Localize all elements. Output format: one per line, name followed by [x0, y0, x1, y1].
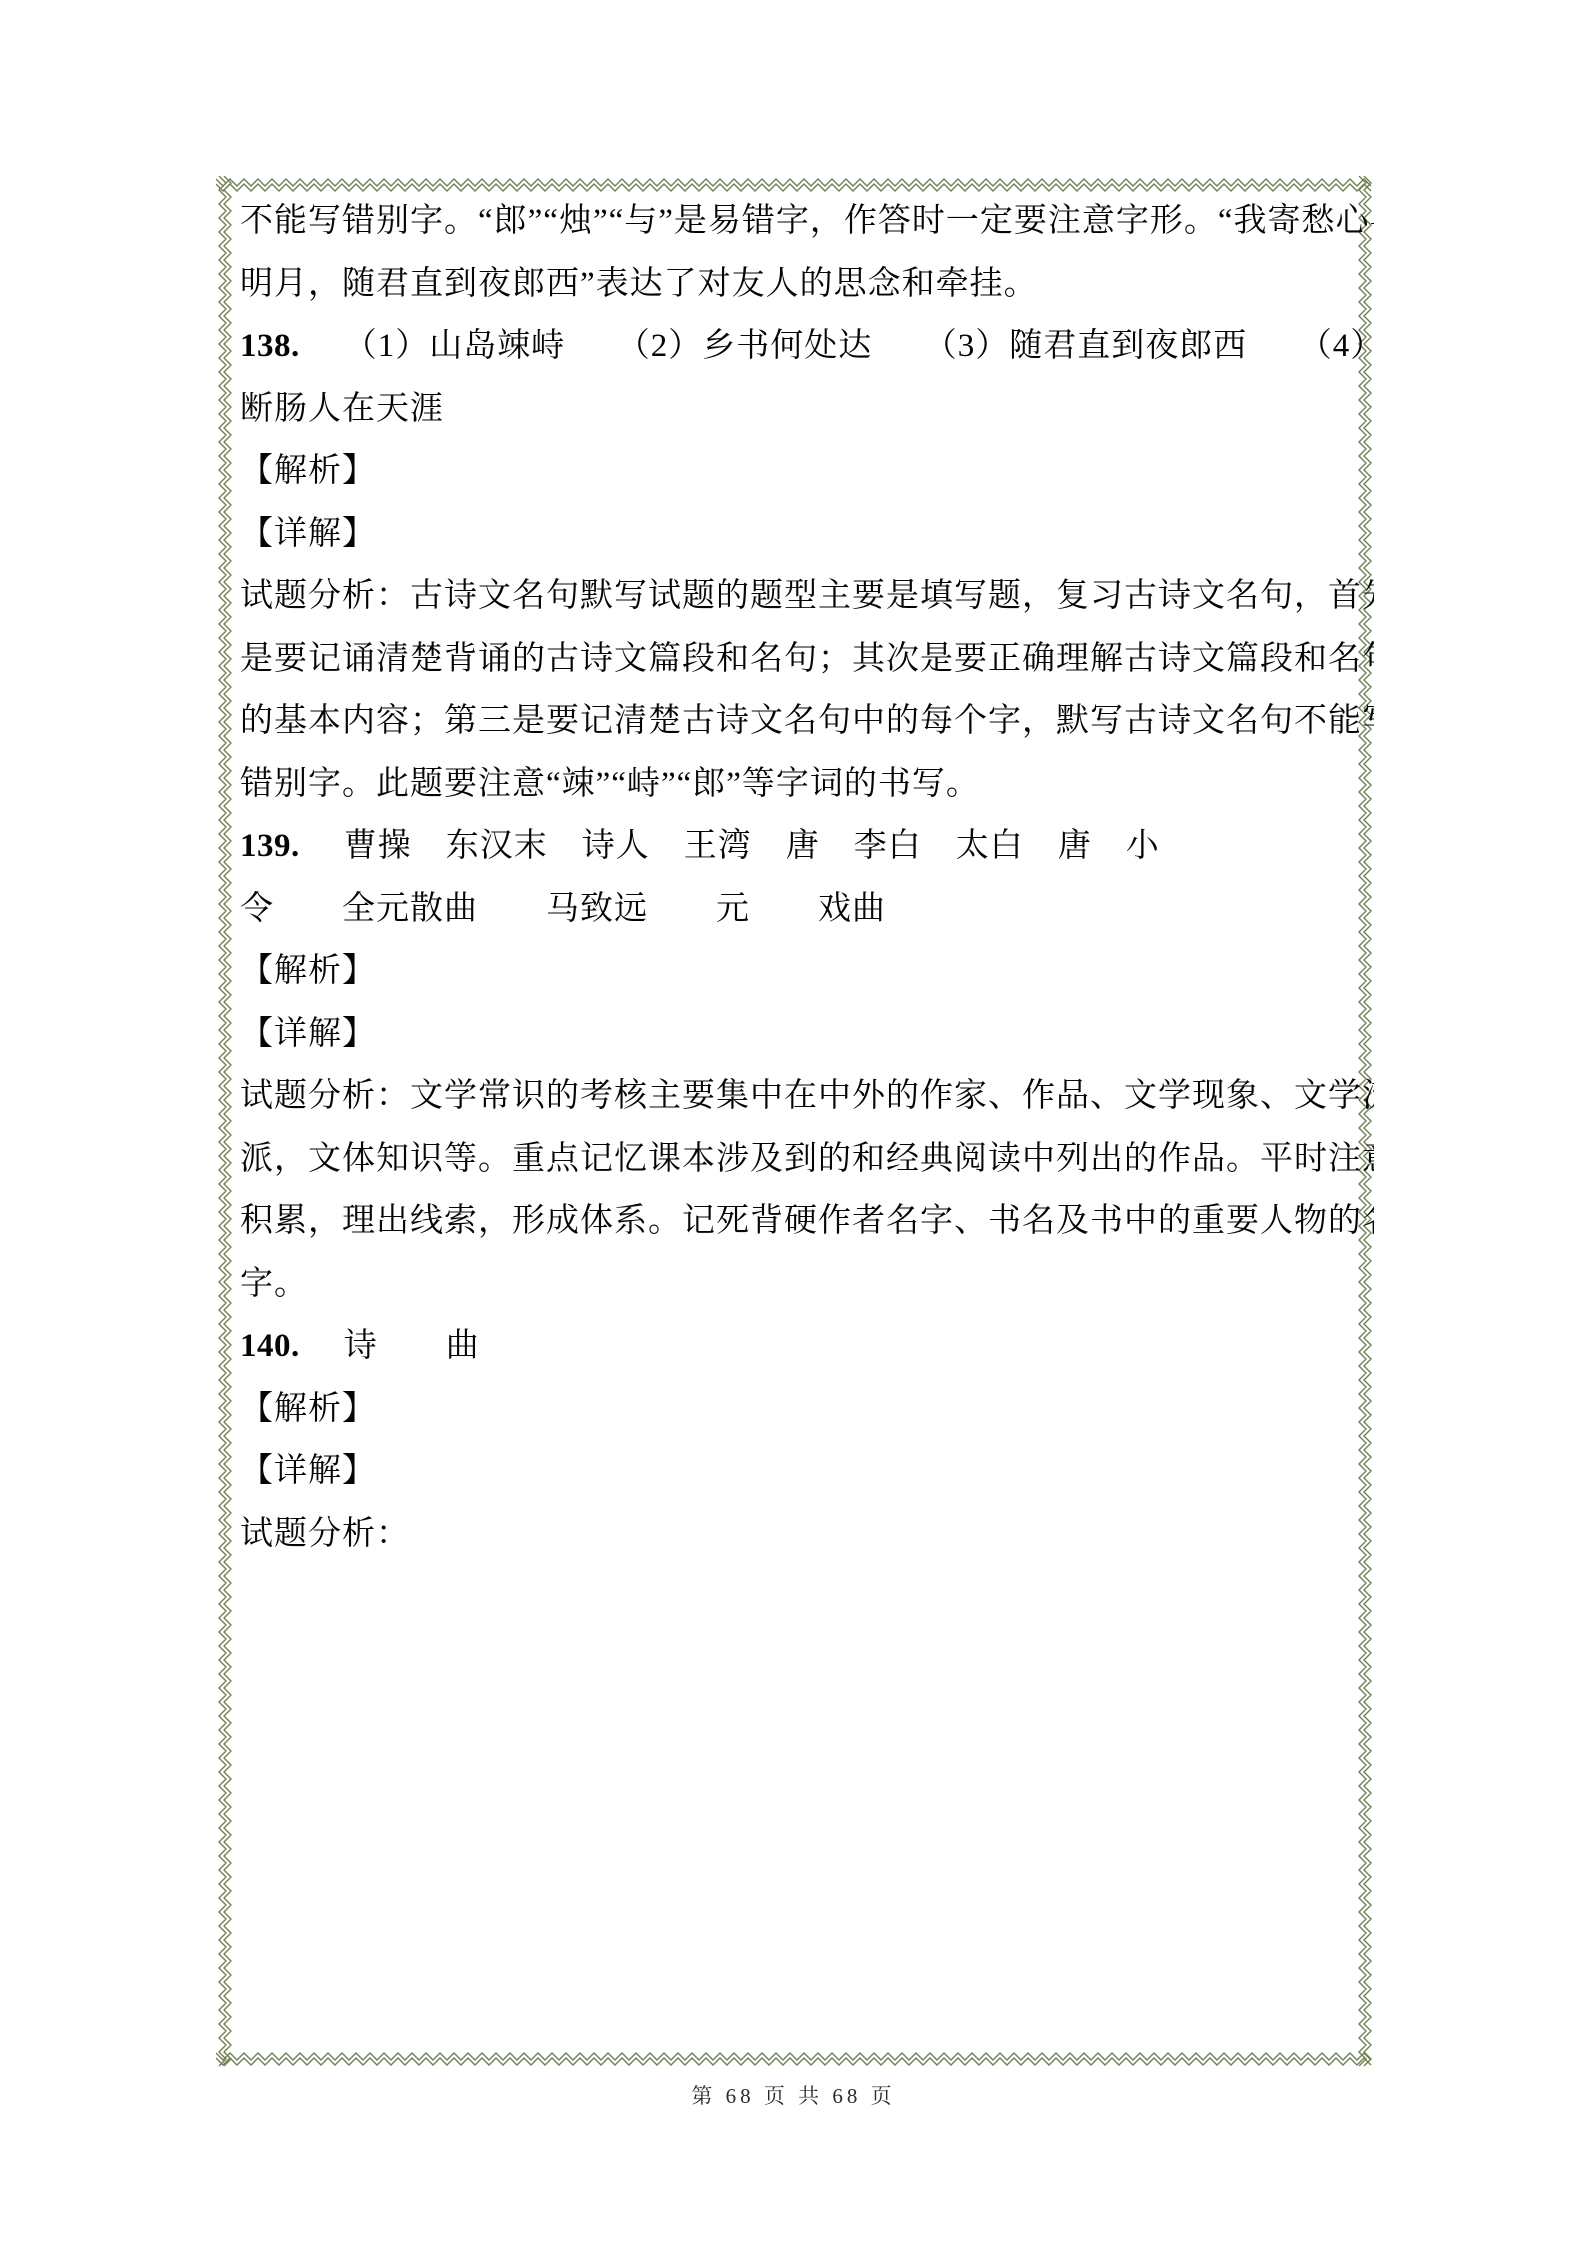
text-line-analysis-label: 【解析】	[240, 940, 1362, 1003]
line-text: 【解析】	[240, 953, 376, 989]
line-text: 派，文体知识等。重点记忆课本涉及到的和经典阅读中列出的作品。平时注意	[240, 1141, 1374, 1177]
text-line-answer-139: 139.曹操 东汉末 诗人 王湾 唐 李白 太白 唐 小	[240, 815, 1362, 878]
text-line: 派，文体知识等。重点记忆课本涉及到的和经典阅读中列出的作品。平时注意	[240, 1128, 1362, 1191]
text-line-detail-label: 【详解】	[240, 1003, 1362, 1066]
line-text: 【详解】	[240, 516, 376, 552]
question-number: 138.	[240, 328, 300, 364]
text-line-answer-140: 140.诗 曲	[240, 1315, 1362, 1378]
document-page: { "page": { "footer": "第 68 页 共 68 页", "…	[0, 0, 1587, 2245]
page-footer: 第 68 页 共 68 页	[0, 2080, 1587, 2110]
line-text: 【详解】	[240, 1016, 376, 1052]
text-line: 字。	[240, 1253, 1362, 1316]
line-text: 是要记诵清楚背诵的古诗文篇段和名句；其次是要正确理解古诗文篇段和名句	[240, 641, 1374, 677]
text-line: 明月，随君直到夜郎西”表达了对友人的思念和牵挂。	[240, 253, 1362, 316]
line-text: 断肠人在天涯	[240, 391, 444, 427]
text-line-detail-label: 【详解】	[240, 503, 1362, 566]
text-line: 不能写错别字。“郎”“烛”“与”是易错字，作答时一定要注意字形。“我寄愁心与	[240, 190, 1362, 253]
text-line-analysis-label: 【解析】	[240, 1378, 1362, 1441]
text-line: 的基本内容；第三是要记清楚古诗文名句中的每个字，默写古诗文名句不能写	[240, 690, 1362, 753]
question-number: 139.	[240, 828, 300, 864]
text-line: 试题分析：	[240, 1503, 1362, 1566]
line-text: 试题分析：文学常识的考核主要集中在中外的作家、作品、文学现象、文学流	[240, 1078, 1374, 1114]
text-line: 积累，理出线索，形成体系。记死背硬作者名字、书名及书中的重要人物的名	[240, 1190, 1362, 1253]
text-line: 令 全元散曲 马致远 元 戏曲	[240, 878, 1362, 941]
text-line: 错别字。此题要注意“竦”“峙”“郎”等字词的书写。	[240, 753, 1362, 816]
line-text: 字。	[240, 1266, 308, 1302]
document-text-area: 不能写错别字。“郎”“烛”“与”是易错字，作答时一定要注意字形。“我寄愁心与 明…	[216, 176, 1374, 2068]
text-line: 试题分析：古诗文名句默写试题的题型主要是填写题，复习古诗文名句，首先	[240, 565, 1362, 628]
line-text: 曹操 东汉末 诗人 王湾 唐 李白 太白 唐 小	[344, 828, 1160, 864]
line-text: 【解析】	[240, 1391, 376, 1427]
line-text: 不能写错别字。“郎”“烛”“与”是易错字，作答时一定要注意字形。“我寄愁心与	[240, 203, 1374, 239]
line-text: 【解析】	[240, 453, 376, 489]
text-line-analysis-label: 【解析】	[240, 440, 1362, 503]
line-text: 积累，理出线索，形成体系。记死背硬作者名字、书名及书中的重要人物的名	[240, 1203, 1374, 1239]
line-text: 错别字。此题要注意“竦”“峙”“郎”等字词的书写。	[240, 766, 980, 802]
line-text: 【详解】	[240, 1453, 376, 1489]
line-text: 试题分析：	[240, 1516, 410, 1552]
line-text: 试题分析：古诗文名句默写试题的题型主要是填写题，复习古诗文名句，首先	[240, 578, 1374, 614]
text-line: 断肠人在天涯	[240, 378, 1362, 441]
question-number: 140.	[240, 1328, 300, 1364]
line-text: （1）山岛竦峙 （2）乡书何处达 （3）随君直到夜郎西 （4）	[344, 328, 1374, 364]
text-line-detail-label: 【详解】	[240, 1440, 1362, 1503]
line-text: 诗 曲	[344, 1328, 480, 1364]
line-text: 的基本内容；第三是要记清楚古诗文名句中的每个字，默写古诗文名句不能写	[240, 703, 1374, 739]
text-line: 是要记诵清楚背诵的古诗文篇段和名句；其次是要正确理解古诗文篇段和名句	[240, 628, 1362, 691]
text-line-answer-138: 138.（1）山岛竦峙 （2）乡书何处达 （3）随君直到夜郎西 （4）	[240, 315, 1362, 378]
line-text: 令 全元散曲 马致远 元 戏曲	[240, 891, 886, 927]
text-line: 试题分析：文学常识的考核主要集中在中外的作家、作品、文学现象、文学流	[240, 1065, 1362, 1128]
line-text: 明月，随君直到夜郎西”表达了对友人的思念和牵挂。	[240, 266, 1038, 302]
